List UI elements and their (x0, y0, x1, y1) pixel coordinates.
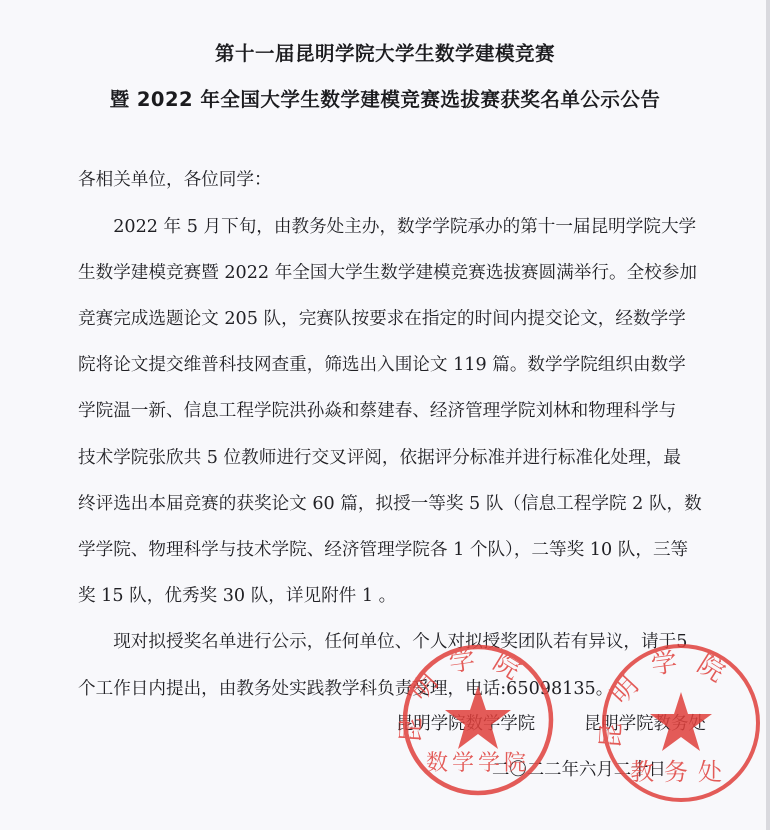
scan-edge (766, 0, 770, 830)
document-title-line-2: 暨 2022 年全国大学生数学建模竞赛选拔赛获奖名单公示公告 (0, 84, 770, 112)
body-line: 学学院、物理科学与技术学院、经济管理学院各 1 个队），二等奖 10 队，三等 (78, 536, 688, 561)
body-line: 2022 年 5 月下旬，由教务处主办，数学学院承办的第十一届昆明学院大学 (78, 213, 696, 238)
body-line: 学院温一新、信息工程学院洪孙焱和蔡建春、经济管理学院刘林和物理科学与 (78, 397, 676, 422)
body-line: 生数学建模竞赛暨 2022 年全国大学生数学建模竞赛选拔赛圆满举行。全校参加 (78, 259, 697, 284)
body-line: 终评选出本届竞赛的获奖论文 60 篇，拟授一等奖 5 队（信息工程学院 2 队，… (78, 490, 702, 515)
salutation: 各相关单位，各位同学： (78, 166, 272, 191)
body-line: 竞赛完成选题论文 205 队，完赛队按要求在指定的时间内提交论文，经数学学 (78, 305, 686, 330)
body-line: 奖 15 队，优秀奖 30 队，详见附件 1 。 (78, 582, 396, 607)
notice-line: 现对拟授奖名单进行公示，任何单位、个人对拟授奖团队若有异议，请于5 (78, 628, 687, 653)
signature-academic-affairs: 昆明学院教务处 (584, 709, 706, 734)
notice-line: 个工作日内提出，由教务处实践教学科负责受理，电话:65098135。 (78, 675, 613, 700)
signature-date: 二〇二二年六月二十日 (492, 755, 666, 780)
signature-math-school: 昆明学院数学学院 (396, 709, 535, 734)
body-line: 院将论文提交维普科技网查重，筛选出入围论文 119 篇。数学学院组织由数学 (78, 351, 686, 376)
document-title-line-1: 第十一届昆明学院大学生数学建模竞赛 (0, 38, 770, 66)
body-line: 技术学院张欣共 5 位教师进行交叉评阅，依据评分标准并进行标准化处理，最 (78, 444, 681, 469)
